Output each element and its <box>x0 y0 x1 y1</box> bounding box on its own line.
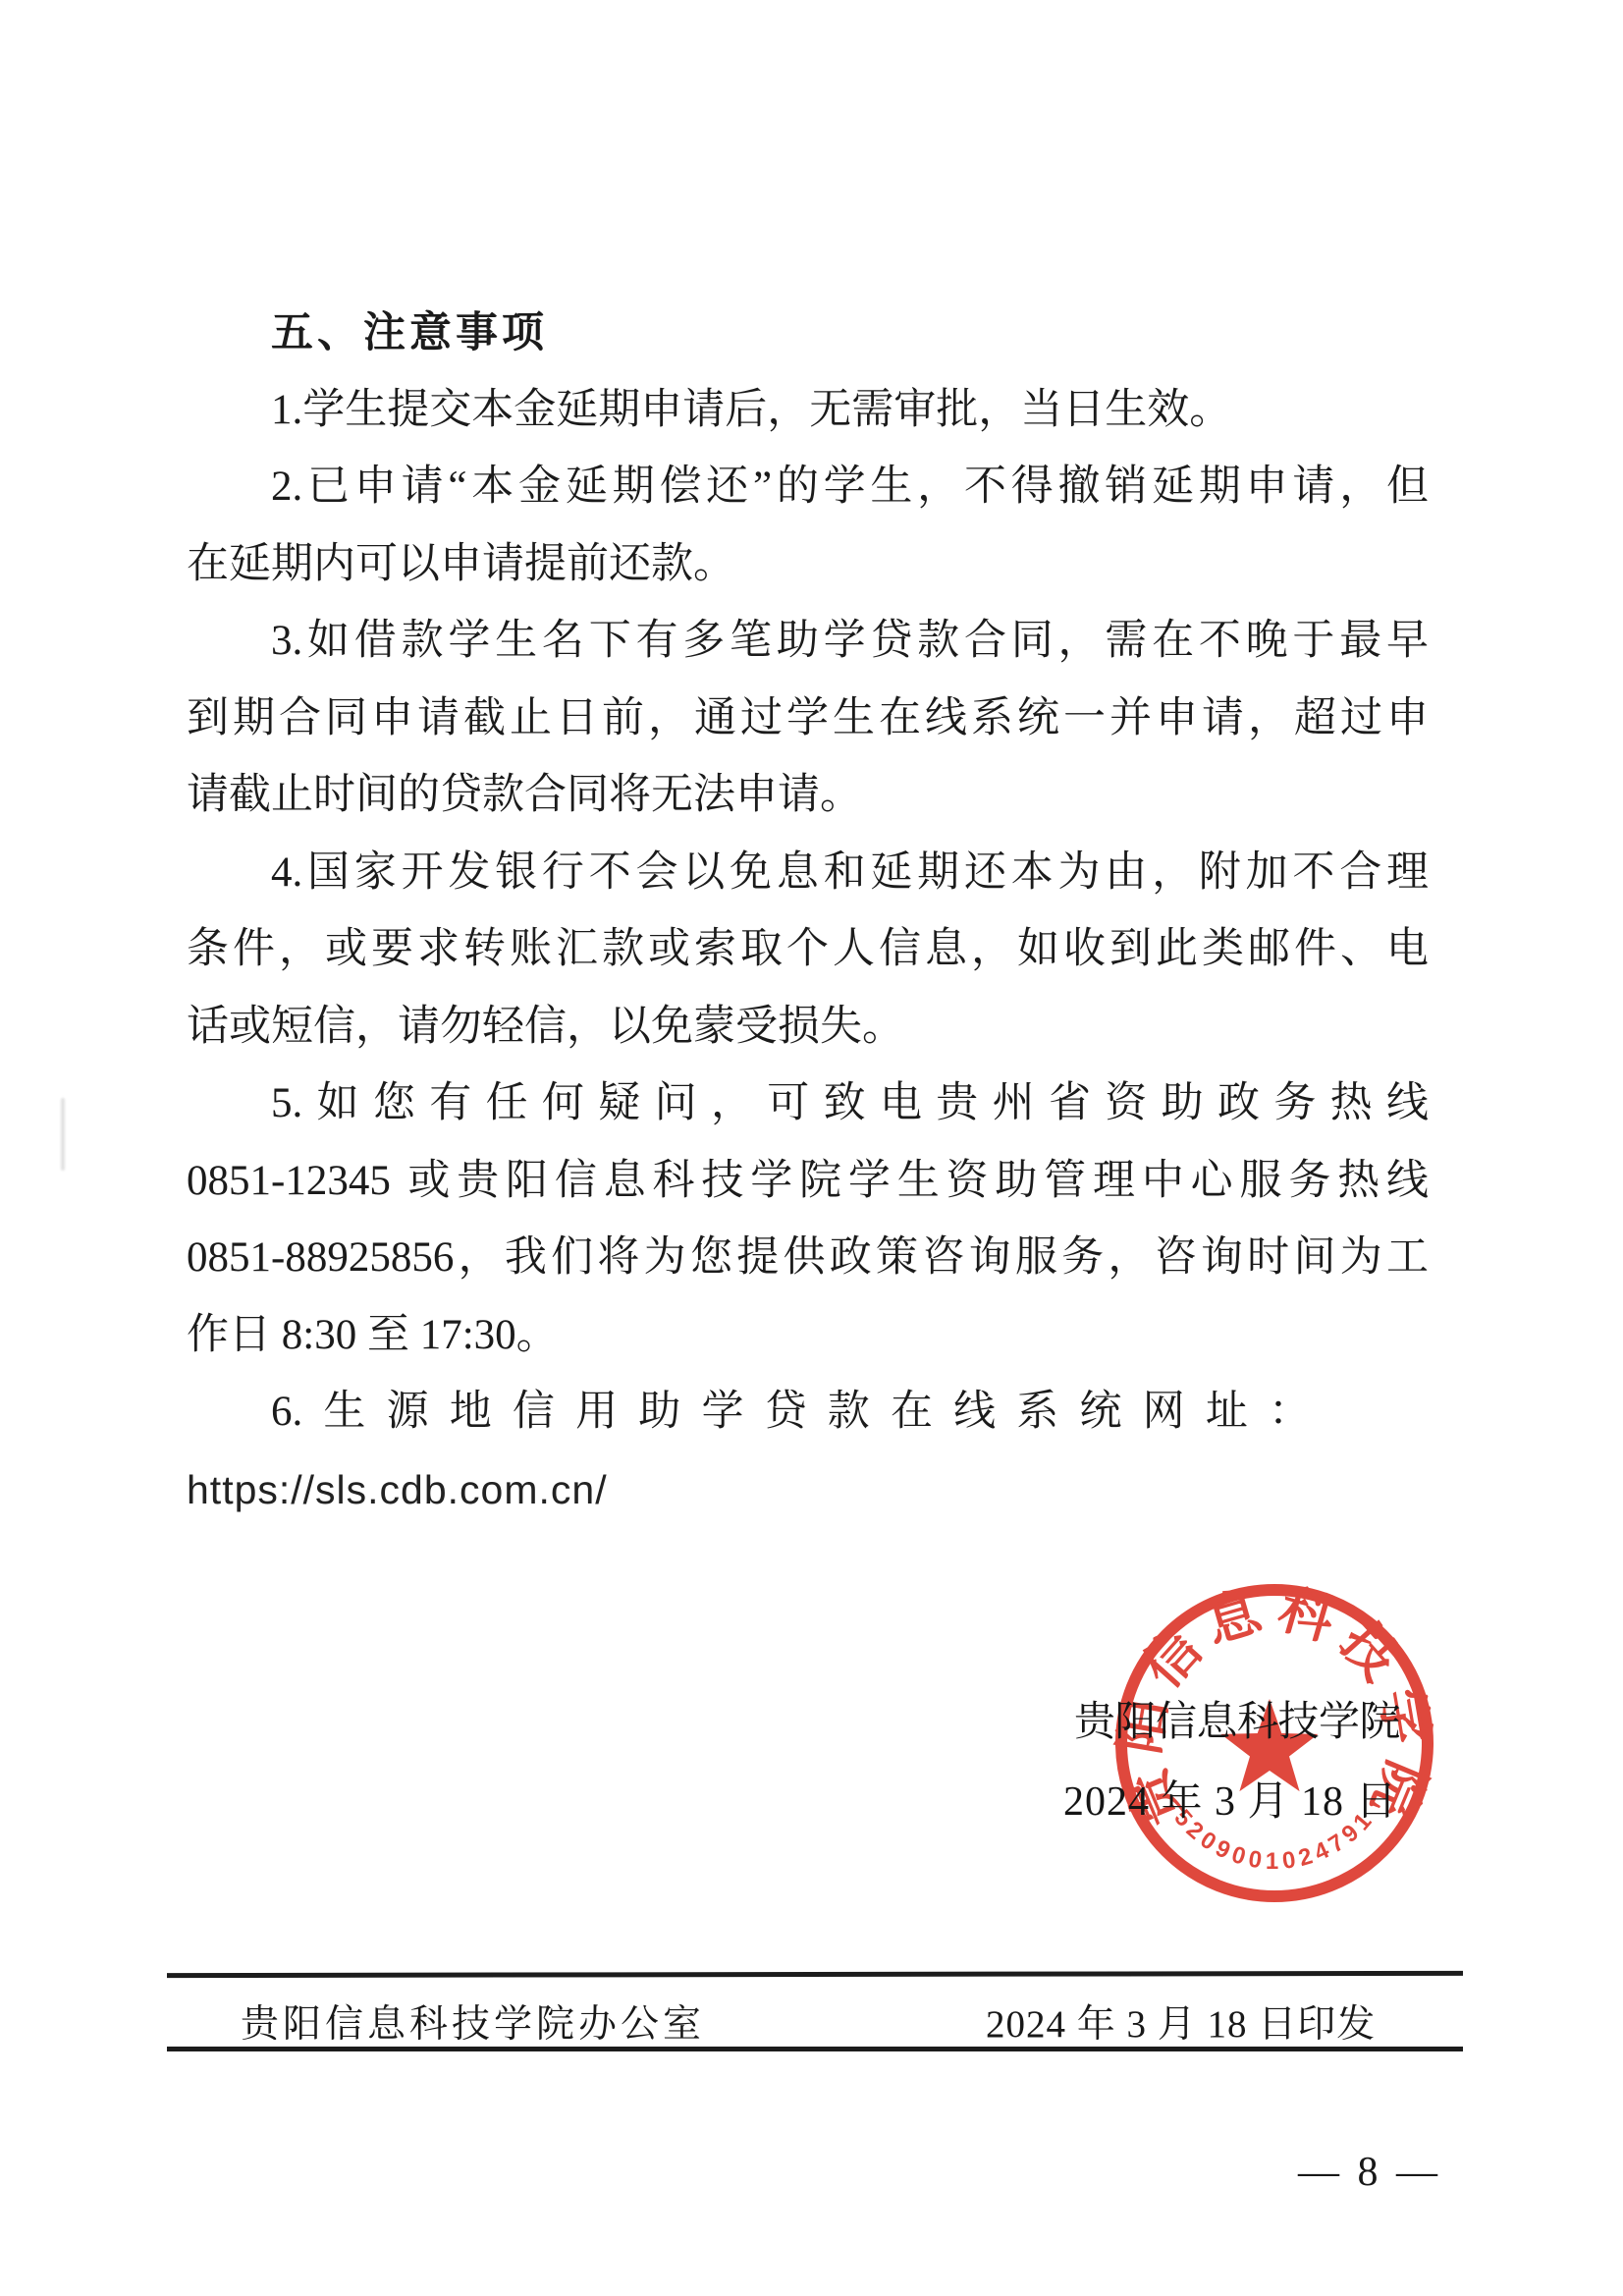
body-line: 2.已申请“本金延期偿还”的学生，不得撤销延期申请，但 <box>187 449 1429 526</box>
section-heading: 五、注意事项 <box>187 295 1429 372</box>
body-line: 作日 8:30 至 17:30。 <box>187 1297 1429 1375</box>
notice-body: 五、注意事项 1.学生提交本金延期申请后，无需审批，当日生效。 2.已申请“本金… <box>187 295 1429 1528</box>
body-line: 话或短信，请勿轻信，以免蒙受损失。 <box>187 989 1429 1066</box>
body-line: 到期合同申请截止日前，通过学生在线系统一并申请，超过申 <box>187 681 1429 758</box>
body-line: 6.生源地信用助学贷款在线系统网址： <box>187 1374 1311 1451</box>
body-line: 0851-12345 或贵阳信息科技学院学生资助管理中心服务热线 <box>187 1143 1429 1221</box>
footer-divider-top <box>167 1971 1463 1978</box>
scan-artifact <box>61 1098 65 1171</box>
body-line: 在延期内可以申请提前还款。 <box>187 526 1429 604</box>
signature-date: 2024 年 3 月 18 日 <box>1063 1769 1398 1828</box>
body-line: 5.如您有任何疑问，可致电贵州省资助政务热线 <box>187 1066 1429 1143</box>
body-line: 4.国家开发银行不会以免息和延期还本为由，附加不合理 <box>187 835 1429 912</box>
footer-office-name: 贵阳信息科技学院办公室 <box>241 1994 705 2049</box>
body-line: 3.如借款学生名下有多笔助学贷款合同，需在不晚于最早 <box>187 603 1429 681</box>
body-line: 条件，或要求转账汇款或索取个人信息，如收到此类邮件、电 <box>187 911 1429 989</box>
body-line: 0851-88925856，我们将为您提供政策咨询服务，咨询时间为工 <box>187 1220 1429 1297</box>
body-line: 1.学生提交本金延期申请后，无需审批，当日生效。 <box>187 372 1429 450</box>
signature-org-name: 贵阳信息科技学院 <box>1074 1689 1400 1748</box>
body-line: 请截止时间的贷款合同将无法申请。 <box>187 757 1429 835</box>
footer-issue-date: 2024 年 3 月 18 日印发 <box>986 1994 1376 2049</box>
system-url-text: https://sls.cdb.com.cn/ <box>187 1451 1429 1529</box>
page-number: — 8 — <box>1298 2149 1441 2196</box>
footer-divider-bottom <box>167 2047 1463 2051</box>
scanned-document-page: 五、注意事项 1.学生提交本金延期申请后，无需审批，当日生效。 2.已申请“本金… <box>0 0 1623 2296</box>
